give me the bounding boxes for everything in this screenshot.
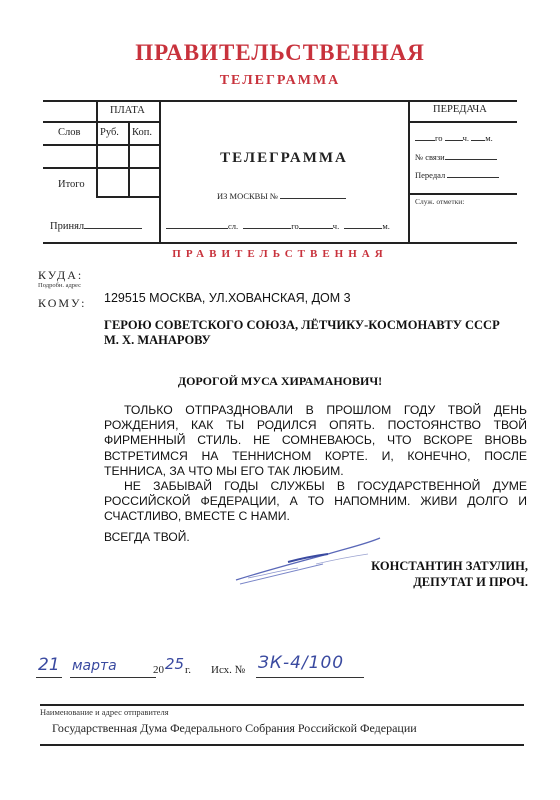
to-label: КОМУ: <box>38 296 86 311</box>
government-banner: ПРАВИТЕЛЬСТВЕННАЯ <box>0 248 560 260</box>
sender-label: Наименование и адрес отправителя <box>40 707 169 717</box>
transmission-header: ПЕРЕДАЧА <box>433 104 487 115</box>
sent-by-field: Передал <box>415 168 499 180</box>
year-prefix: 20 <box>153 664 164 676</box>
sender-bottom-rule <box>40 744 524 746</box>
recipient-name: ГЕРОЮ СОВЕТСКОГО СОЮЗА, ЛЁТЧИКУ-КОСМОНАВ… <box>104 318 524 348</box>
kop-label: Коп. <box>132 127 152 138</box>
outgoing-label: Исх. № <box>211 664 245 676</box>
time-received-field: сл. гоч. м. <box>166 219 390 231</box>
signatory: КОНСТАНТИН ЗАТУЛИН, ДЕПУТАТ И ПРОЧ. <box>371 558 528 590</box>
message-body: ТОЛЬКО ОТПРАЗДНОВАЛИ В ПРОШЛОМ ГОДУ ТВОЙ… <box>104 403 527 525</box>
sender-top-rule <box>40 704 524 706</box>
document-title: ПРАВИТЕЛЬСТВЕННАЯ <box>0 40 560 66</box>
message-paragraph: ТОЛЬКО ОТПРАЗДНОВАЛИ В ПРОШЛОМ ГОДУ ТВОЙ… <box>104 403 527 479</box>
total-label: Итого <box>58 179 85 190</box>
form-title: ТЕЛЕГРАММА <box>160 150 408 167</box>
transmission-time-field: го ч. м. <box>415 131 493 143</box>
payment-header: ПЛАТА <box>110 105 145 116</box>
closing: ВСЕГДА ТВОЙ. <box>104 530 190 544</box>
sender-name: Государственная Дума Федерального Собран… <box>52 721 417 736</box>
dispatch-row: 21 марта 20 25 г. Исх. № ЗК-4/100 <box>30 655 370 685</box>
document-subtitle: ТЕЛЕГРАММА <box>0 73 560 89</box>
outgoing-number: ЗК-4/100 <box>258 653 344 673</box>
link-number-field: № связи <box>415 150 497 162</box>
from-moscow-field: ИЗ МОСКВЫ № <box>217 189 346 201</box>
where-label: КУДА: <box>38 268 83 283</box>
year-suffix: 25 <box>165 655 184 673</box>
dispatch-month: марта <box>72 658 117 674</box>
detailed-address-label: Подробн. адрес <box>38 282 81 289</box>
year-unit: г. <box>185 664 191 676</box>
handwritten-signature <box>228 534 388 594</box>
rub-label: Руб. <box>100 127 119 138</box>
words-label: Слов <box>58 127 80 138</box>
dispatch-day: 21 <box>38 655 60 675</box>
accepted-field: Принял <box>50 219 142 232</box>
accepted-label: Принял <box>50 221 84 232</box>
message-paragraph: НЕ ЗАБЫВАЙ ГОДЫ СЛУЖБЫ В ГОСУДАРСТВЕННОЙ… <box>104 479 527 525</box>
greeting: ДОРОГОЙ МУСА ХИРАМАНОВИЧ! <box>0 374 560 389</box>
from-moscow-label: ИЗ МОСКВЫ № <box>217 191 278 201</box>
service-notes-label: Служ. отметки: <box>415 197 464 206</box>
recipient-address: 129515 МОСКВА, УЛ.ХОВАНСКАЯ, ДОМ 3 <box>104 291 351 305</box>
